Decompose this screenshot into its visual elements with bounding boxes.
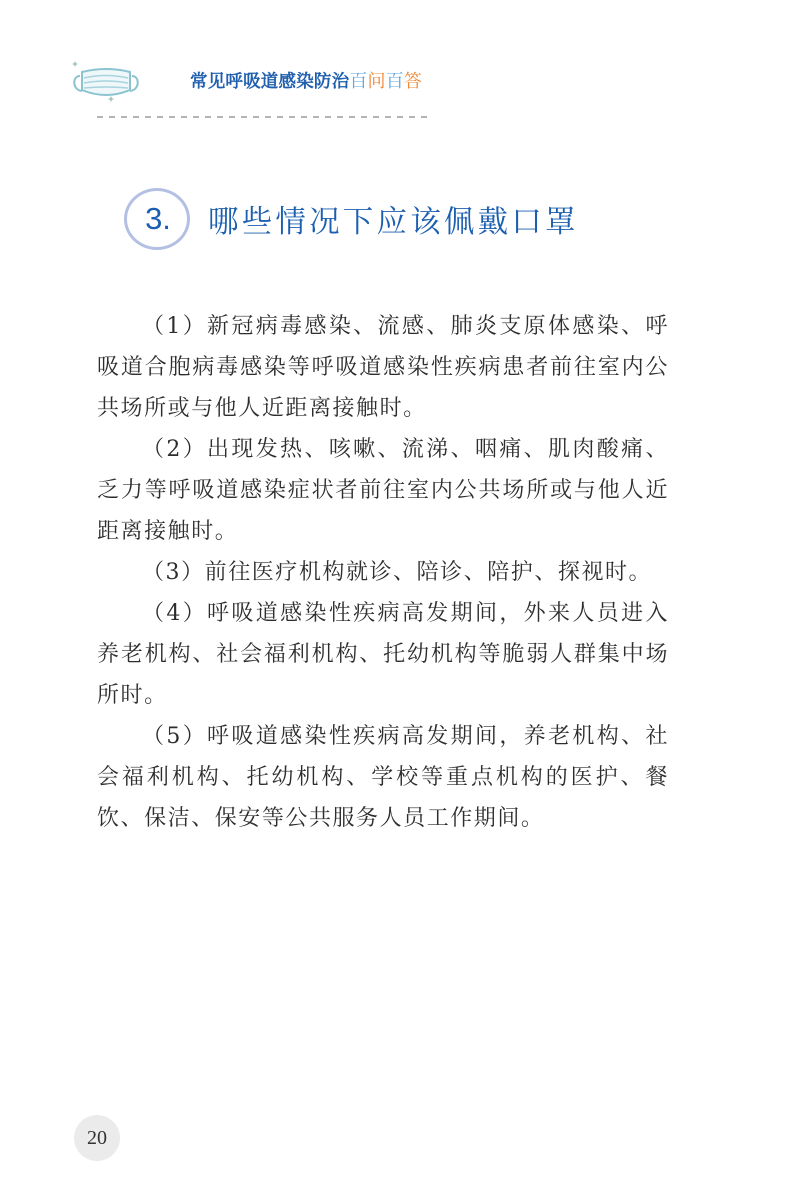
- paragraph-item-2: （2）出现发热、咳嗽、流涕、咽痛、肌肉酸痛、乏力等呼吸道感染症状者前往室内公共场…: [97, 429, 669, 552]
- body-content: （1）新冠病毒感染、流感、肺炎支原体感染、呼吸道合胞病毒感染等呼吸道感染性疾病患…: [97, 306, 669, 839]
- accent-char: 答: [404, 71, 422, 92]
- accent-char: 百: [349, 71, 367, 92]
- book-title: 常见呼吸道感染防治百问百答: [190, 70, 422, 94]
- header-dashed-divider: [97, 116, 427, 118]
- paragraph-item-3: （3）前往医疗机构就诊、陪诊、陪护、探视时。: [97, 552, 669, 593]
- paragraph-item-1: （1）新冠病毒感染、流感、肺炎支原体感染、呼吸道合胞病毒感染等呼吸道感染性疾病患…: [97, 306, 669, 429]
- paragraph-item-4: （4）呼吸道感染性疾病高发期间，外来人员进入养老机构、社会福利机构、托幼机构等脆…: [97, 593, 669, 716]
- section-number-badge: 3.: [124, 188, 190, 250]
- accent-char: 问: [368, 71, 386, 92]
- book-title-main: 常见呼吸道感染防治: [190, 72, 349, 92]
- paragraph-item-5: （5）呼吸道感染性疾病高发期间，养老机构、社会福利机构、托幼机构、学校等重点机构…: [97, 716, 669, 839]
- running-header: 常见呼吸道感染防治百问百答: [0, 0, 800, 130]
- section-title: 哪些情况下应该佩戴口罩: [208, 197, 579, 241]
- accent-char: 百: [386, 71, 404, 92]
- page-number-badge: 20: [74, 1115, 120, 1161]
- section-heading: 3. 哪些情况下应该佩戴口罩: [124, 187, 579, 251]
- face-mask-icon: [70, 58, 142, 104]
- book-title-accent: 百问百答: [349, 71, 422, 92]
